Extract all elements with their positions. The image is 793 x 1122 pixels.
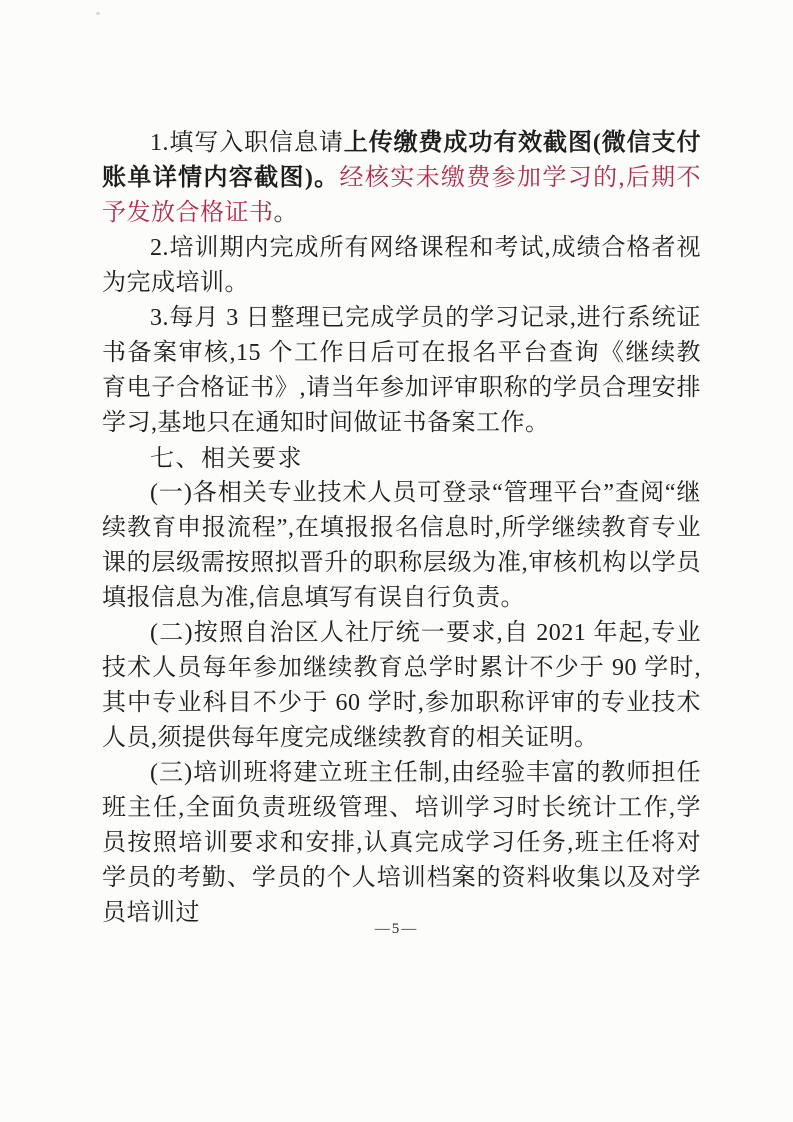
paragraph: 1.填写入职信息请上传缴费成功有效截图(微信支付账单详情内容截图)。经核实未缴费…	[102, 126, 701, 231]
document-body: 1.填写入职信息请上传缴费成功有效截图(微信支付账单详情内容截图)。经核实未缴费…	[102, 126, 701, 931]
text-segment-normal: (一)各相关专业技术人员可登录“管理平台”查阅“继续教育申报流程”,在填报报名信…	[102, 480, 701, 611]
text-segment-normal: 3.每月 3 日整理已完成学员的学习记录,进行系统证书备案审核,15 个工作日后…	[102, 305, 701, 436]
text-segment-normal: 七、相关要求	[150, 445, 303, 472]
section-heading: 七、相关要求	[102, 441, 701, 476]
text-segment-normal: 1.填写入职信息请	[150, 130, 344, 156]
paragraph: (二)按照自治区人社厅统一要求,自 2021 年起,专业技术人员每年参加继续教育…	[102, 616, 701, 756]
scan-artifact-speck	[96, 12, 100, 15]
text-segment-normal: 2.培训期内完成所有网络课程和考试,成绩合格者视为完成培训。	[102, 235, 701, 296]
paragraph: 3.每月 3 日整理已完成学员的学习记录,进行系统证书备案审核,15 个工作日后…	[102, 301, 701, 441]
text-segment-normal: (三)培训班将建立班主任制,由经验丰富的教师担任班主任,全面负责班级管理、培训学…	[102, 760, 701, 926]
paragraph: (一)各相关专业技术人员可登录“管理平台”查阅“继续教育申报流程”,在填报报名信…	[102, 476, 701, 616]
paragraph: 2.培训期内完成所有网络课程和考试,成绩合格者视为完成培训。	[102, 231, 701, 301]
paragraph: (三)培训班将建立班主任制,由经验丰富的教师担任班主任,全面负责班级管理、培训学…	[102, 756, 701, 931]
text-segment-normal: (二)按照自治区人社厅统一要求,自 2021 年起,专业技术人员每年参加继续教育…	[102, 620, 701, 751]
text-segment-normal: 。	[274, 200, 299, 226]
page-number: —5—	[0, 921, 793, 938]
scanned-document-page: 1.填写入职信息请上传缴费成功有效截图(微信支付账单详情内容截图)。经核实未缴费…	[0, 0, 793, 1122]
